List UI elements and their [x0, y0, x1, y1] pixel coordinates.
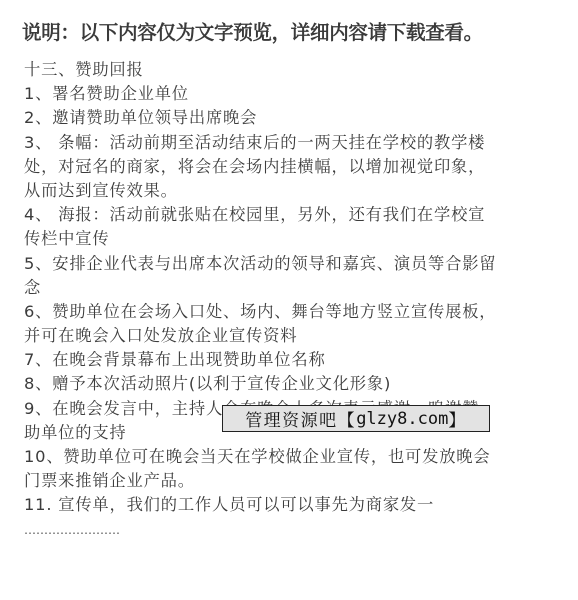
list-item-continuation: 从而达到宣传效果。: [24, 179, 554, 203]
watermark-prefix: 管理资源吧【: [245, 406, 356, 431]
list-item: 11. 宣传单，我们的工作人员可以可以事先为商家发一: [24, 493, 554, 517]
list-item: 5、安排企业代表与出席本次活动的领导和嘉宾、演员等合影留: [24, 252, 554, 276]
watermark-domain: glzy8.com: [356, 409, 448, 429]
preview-notice: 说明：以下内容仅为文字预览，详细内容请下载查看。: [22, 17, 483, 45]
list-item-continuation: 并可在晚会入口处发放企业宣传资料: [24, 324, 554, 348]
watermark-suffix: 】: [448, 406, 467, 431]
list-item: 10、赞助单位可在晚会当天在学校做企业宣传，也可发放晚会: [24, 445, 554, 469]
list-item: 4、 海报：活动前就张贴在校园里，另外，还有我们在学校宣: [24, 203, 554, 227]
list-item: 1、署名赞助企业单位: [24, 82, 554, 106]
section-heading: 十三、赞助回报: [24, 58, 554, 82]
list-item-continuation: 处，对冠名的商家，将会在会场内挂横幅，以增加视觉印象，: [24, 155, 554, 179]
list-item: 7、在晚会背景幕布上出现赞助单位名称: [24, 348, 554, 372]
list-item: 2、邀请赞助单位领导出席晚会: [24, 106, 554, 130]
document-body: 十三、赞助回报 1、署名赞助企业单位 2、邀请赞助单位领导出席晚会 3、 条幅：…: [24, 58, 554, 540]
list-item-continuation: 传栏中宣传: [24, 227, 554, 251]
list-item-continuation: 门票来推销企业产品。: [24, 469, 554, 493]
list-item: 8、赠予本次活动照片(以利于宣传企业文化形象): [24, 372, 554, 396]
list-item: 3、 条幅：活动前期至活动结束后的一两天挂在学校的教学楼: [24, 131, 554, 155]
list-item: 6、赞助单位在会场入口处、场内、舞台等地方竖立宣传展板，: [24, 300, 554, 324]
list-item-continuation: 念: [24, 276, 554, 300]
watermark-banner: 管理资源吧【glzy8.com】: [222, 405, 490, 432]
truncation-ellipsis: ……………………: [24, 520, 554, 540]
